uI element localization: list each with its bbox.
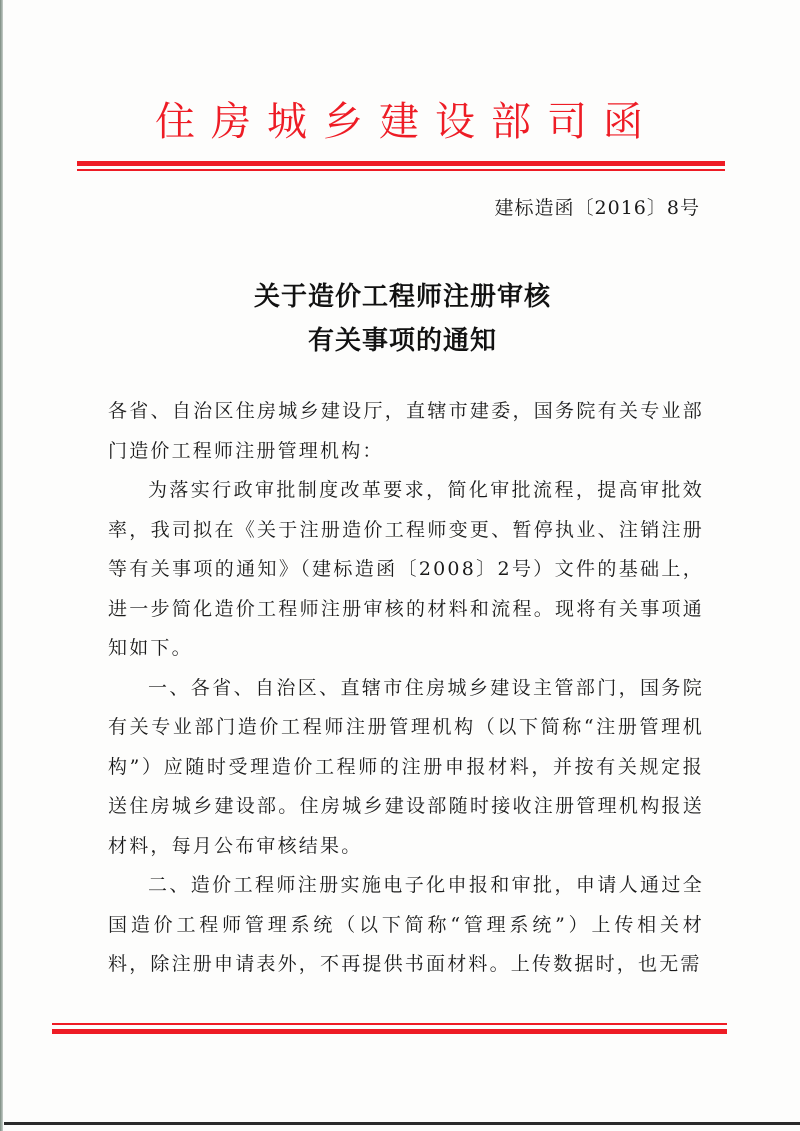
paragraph-item-1: 一、各省、自治区、直辖市住房城乡建设主管部门，国务院有关专业部门造价工程师注册管… <box>108 669 704 867</box>
header-rule-thick <box>77 161 725 166</box>
paragraph-item-2: 二、造价工程师注册实施电子化申报和审批，申请人通过全国造价工程师管理系统（以下简… <box>108 866 704 985</box>
notice-title-line-2: 有关事项的通知 <box>0 320 800 357</box>
document-number: 建标造函〔2016〕8号 <box>495 193 700 220</box>
scan-edge-bottom <box>4 1122 800 1125</box>
footer-rule-thin <box>52 1023 727 1025</box>
footer-rule-thick <box>52 1029 727 1034</box>
notice-title-line-1: 关于造价工程师注册审核 <box>0 276 800 313</box>
salutation: 各省、自治区住房城乡建设厅，直辖市建委，国务院有关专业部门造价工程师注册管理机构… <box>108 392 704 471</box>
scan-edge-left <box>0 0 3 1131</box>
document-body: 各省、自治区住房城乡建设厅，直辖市建委，国务院有关专业部门造价工程师注册管理机构… <box>108 392 704 985</box>
paragraph-intro: 为落实行政审批制度改革要求，简化审批流程，提高审批效率，我司拟在《关于注册造价工… <box>108 471 704 669</box>
letterhead-title: 住房城乡建设部司函 <box>0 96 800 148</box>
header-rule-thin <box>77 169 725 171</box>
